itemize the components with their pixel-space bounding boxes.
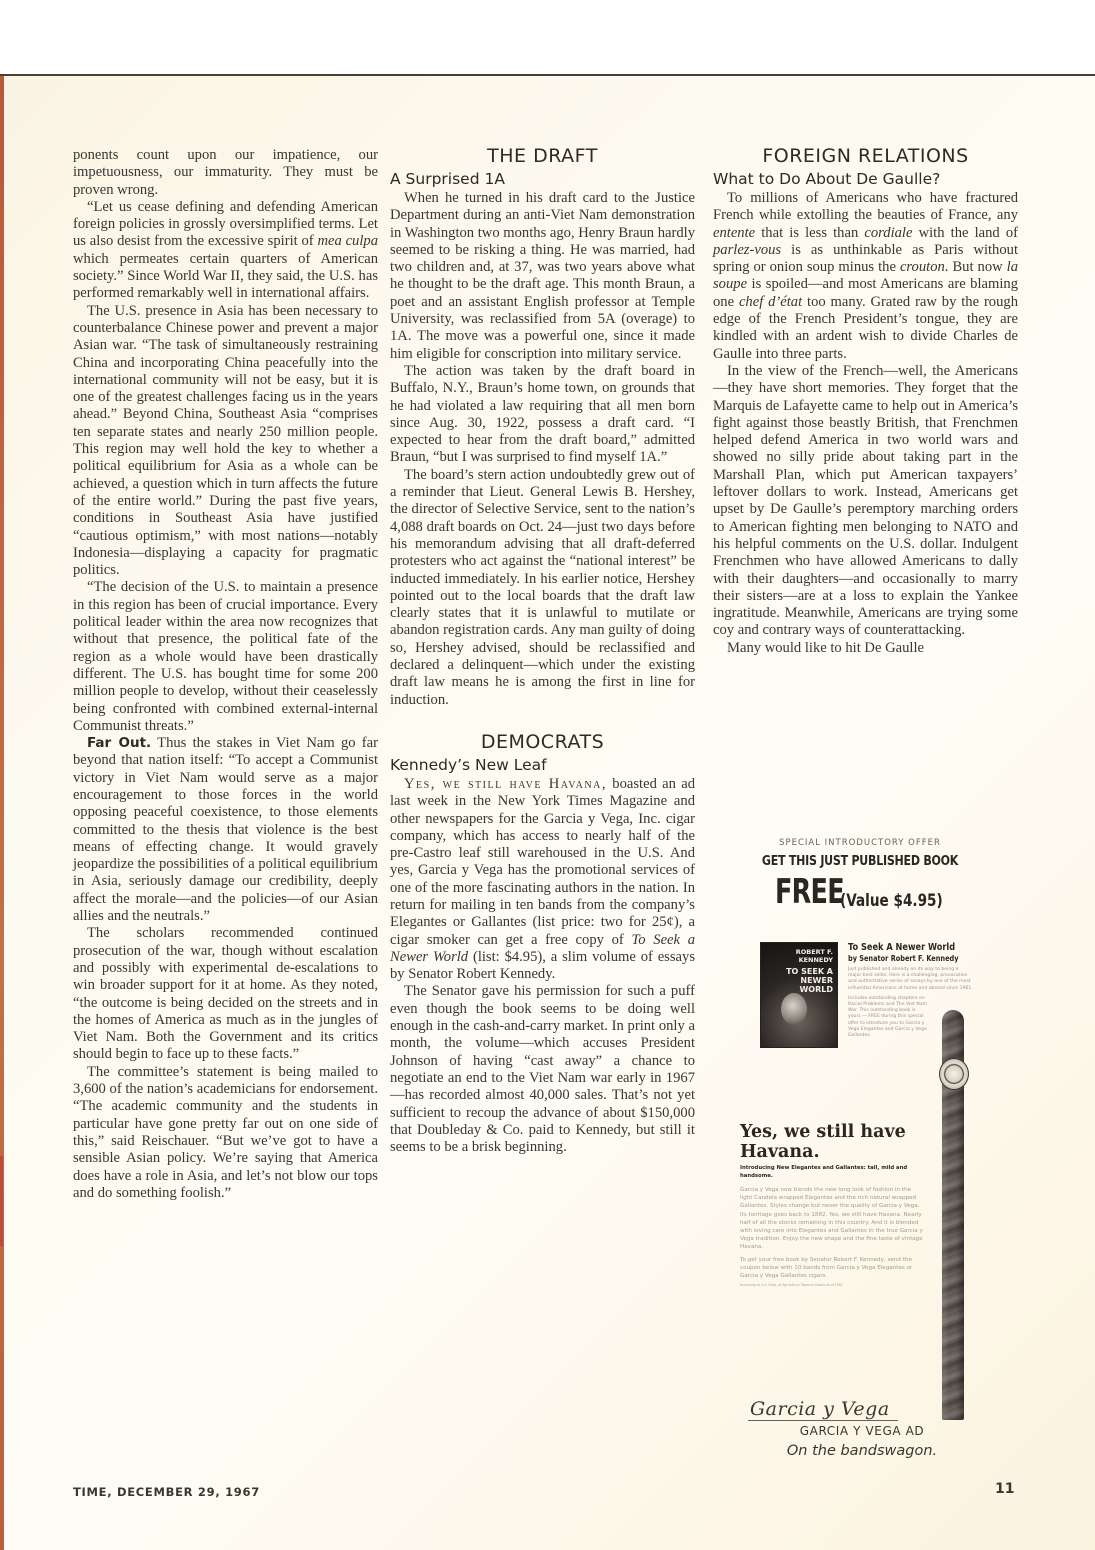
ad-value-text: (Value $4.95) (840, 891, 943, 911)
garcia-y-vega-advertisement: SPECIAL INTRODUCTORY OFFER GET THIS JUST… (740, 830, 980, 1460)
ad-caption: GARCIA Y VEGA AD On the bandswagon. (752, 1423, 972, 1461)
paragraph: In the view of the French—well, the Amer… (713, 363, 1018, 640)
paragraph: “Let us cease defining and defending Ame… (73, 199, 378, 303)
italic-term: entente (713, 225, 755, 241)
page-edge-mark (0, 1156, 3, 1246)
ad-get-book-line: GET THIS JUST PUBLISHED BOOK (758, 854, 962, 869)
article-headline: A Surprised 1A (390, 170, 695, 189)
publication-date-footer: TIME, DECEMBER 29, 1967 (73, 1485, 260, 1499)
ad-coupon-text: To get your free book by Senator Robert … (740, 1256, 925, 1281)
section-heading: DEMOCRATS (390, 731, 695, 753)
ad-copy: Yes, we still have Havana. Introducing N… (740, 1122, 935, 1288)
italic-term: crouton (900, 259, 945, 275)
paragraph: To millions of Americans who have fractu… (713, 190, 1018, 363)
italic-term: cordiale (864, 225, 912, 241)
cigar-band-icon (939, 1058, 969, 1090)
book-author: by Senator Robert F. Kennedy (848, 954, 953, 963)
cigar-illustration (942, 1010, 964, 1420)
italic-term: parlez-vous (713, 242, 781, 258)
paragraph: “The decision of the U.S. to maintain a … (73, 579, 378, 735)
column-1-article-continuation: ponents count upon our impatience, our i… (73, 147, 378, 1202)
book-cover-image: ROBERT F. KENNEDY TO SEEK A NEWER WORLD (760, 942, 838, 1048)
column-2: THE DRAFT A Surprised 1A When he turned … (390, 145, 695, 1156)
paragraph: The U.S. presence in Asia has been neces… (73, 303, 378, 580)
smallcaps-lead: Yes, we still have Havana, (404, 776, 607, 792)
ad-fine-print: According to U.S. Dept. of Agriculture T… (740, 1283, 890, 1288)
paragraph: Yes, we still have Havana, boasted an ad… (390, 776, 695, 984)
ad-free-text: FREE (775, 873, 844, 911)
ad-headline: Yes, we still have Havana. (740, 1122, 935, 1162)
ad-caption-subtitle: On the bandswagon. (752, 1441, 972, 1461)
ad-body: Garcia y Vega now blends the new long lo… (740, 1186, 925, 1252)
book-description-2: Includes outstanding chapters on Racial … (848, 996, 928, 1039)
cover-title: TO SEEK A NEWER WORLD (781, 967, 833, 994)
cover-author: ROBERT F. KENNEDY (781, 949, 833, 964)
paragraph: The action was taken by the draft board … (390, 363, 695, 467)
article-headline: What to Do About De Gaulle? (713, 170, 1018, 189)
ad-subhead: Introducing New Elegantes and Gallantes:… (740, 1165, 935, 1180)
paragraph: The board’s stern action undoubtedly gre… (390, 467, 695, 709)
paragraph: The scholars recommended continued prose… (73, 925, 378, 1063)
article-the-draft: THE DRAFT A Surprised 1A When he turned … (390, 145, 695, 709)
paragraph: The committee’s statement is being maile… (73, 1064, 378, 1202)
page-number: 11 (995, 1481, 1014, 1497)
section-heading: FOREIGN RELATIONS (713, 145, 1018, 167)
run-in-subhead: Far Out. (87, 735, 151, 751)
paragraph: Many would like to hit De Gaulle (713, 640, 1018, 657)
article-democrats: DEMOCRATS Kennedy’s New Leaf Yes, we sti… (390, 731, 695, 1157)
section-heading: THE DRAFT (390, 145, 695, 167)
column-3: FOREIGN RELATIONS What to Do About De Ga… (713, 145, 1018, 657)
article-headline: Kennedy’s New Leaf (390, 756, 695, 775)
portrait-icon (781, 993, 807, 1025)
paragraph: ponents count upon our impatience, our i… (73, 147, 378, 199)
book-title: To Seek A Newer World (848, 942, 953, 953)
paragraph: When he turned in his draft card to the … (390, 190, 695, 363)
italic-term: mea culpa (317, 233, 378, 249)
brand-signature-logo: Garcia y Vega (748, 1398, 898, 1421)
ad-offer-label: SPECIAL INTRODUCTORY OFFER (740, 838, 980, 848)
book-description: Just published and already on its way to… (848, 967, 973, 992)
paragraph: The Senator gave his permission for such… (390, 983, 695, 1156)
paragraph: Far Out. Thus the stakes in Viet Nam go … (73, 735, 378, 925)
ad-caption-title: GARCIA Y VEGA AD (752, 1423, 972, 1439)
ad-free-row: FREE (Value $4.95) (740, 873, 980, 911)
italic-term: chef d’état (739, 294, 802, 310)
